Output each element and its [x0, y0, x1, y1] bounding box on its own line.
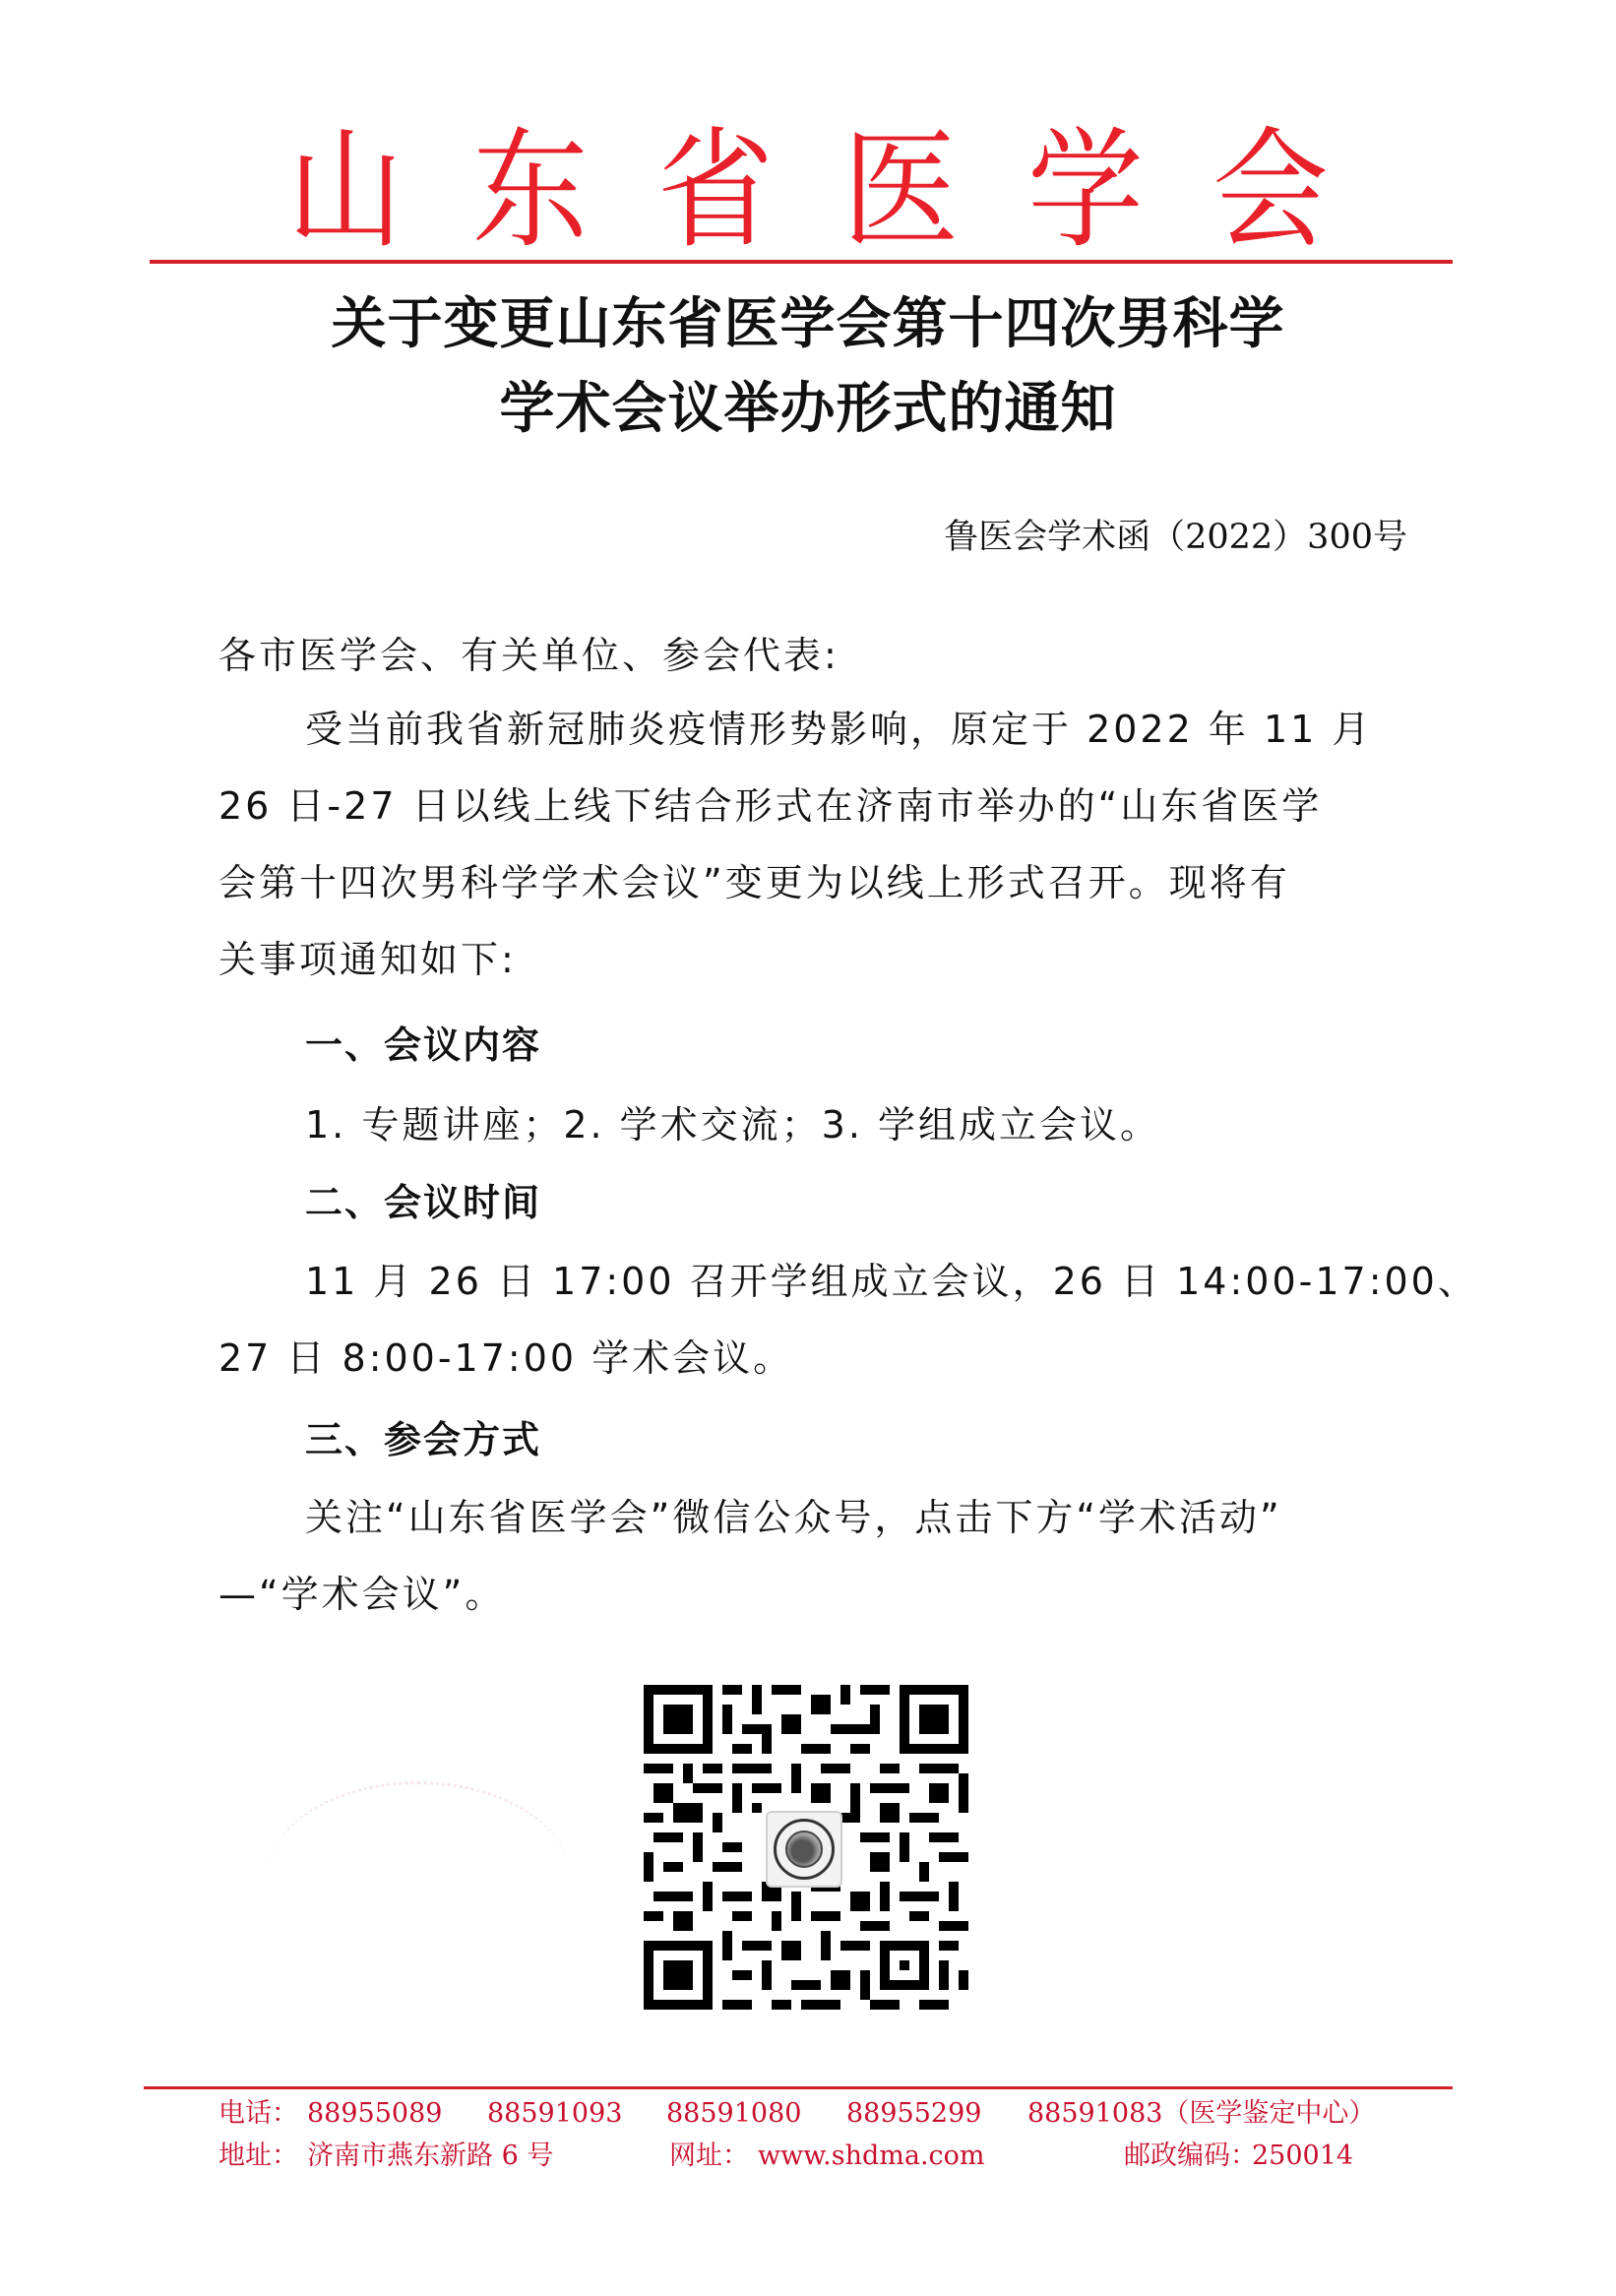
intro-line-1: 受当前我省新冠肺炎疫情形势影响，原定于 2022 年 11 月 [305, 711, 1496, 748]
section-attendance-line-1: 关注“山东省医学会”微信公众号，点击下方“学术活动” [305, 1499, 1496, 1536]
footer-website-label: 网址： [669, 2142, 749, 2169]
section-time-line-2: 27 日 8:00-17:00 学术会议。 [218, 1339, 1409, 1377]
document-title-line-1: 关于变更山东省医学会第十四次男科学 [0, 297, 1616, 352]
footer-postcode: 250014 [1252, 2142, 1353, 2169]
footer-divider [144, 2086, 1453, 2089]
intro-line-4: 关事项通知如下: [218, 941, 1409, 978]
footer-address: 济南市燕东新路 6 号 [307, 2142, 553, 2169]
footer-phone-4: 88955299 [846, 2100, 981, 2127]
intro-line-3: 会第十四次男科学学术会议”变更为以线上形式召开。现将有 [218, 864, 1409, 901]
section-heading-attendance: 三、参会方式 [305, 1421, 541, 1458]
footer-postcode-label: 邮政编码： [1124, 2142, 1257, 2169]
section-content-line-1: 1. 专题讲座；2. 学术交流；3. 学组成立会议。 [305, 1106, 1496, 1144]
header-divider [150, 260, 1453, 264]
footer-website: www.shdma.com [758, 2142, 985, 2169]
document-title-line-2: 学术会议举办形式的通知 [0, 382, 1616, 437]
qr-center-logo [766, 1811, 842, 1888]
wechat-qr-code [644, 1685, 968, 2010]
faded-stamp-remnant [266, 1781, 571, 1978]
footer-phone-2: 88591093 [487, 2100, 622, 2127]
document-reference-number: 鲁医会学术函（2022）300号 [944, 510, 1407, 559]
organization-name: 山东省医学会 [218, 125, 1398, 255]
salutation: 各市医学会、有关单位、参会代表: [218, 637, 1409, 674]
section-heading-content: 一、会议内容 [305, 1026, 541, 1064]
footer-phone-5: 88591083（医学鉴定中心） [1027, 2100, 1375, 2127]
section-heading-time: 二、会议时间 [305, 1184, 541, 1221]
medical-association-emblem-icon [774, 1819, 835, 1880]
footer-phone-3: 88591080 [666, 2100, 801, 2127]
footer-address-label: 地址： [218, 2142, 298, 2169]
intro-line-2: 26 日-27 日以线上线下结合形式在济南市举办的“山东省医学 [218, 787, 1409, 825]
section-time-line-1: 11 月 26 日 17:00 召开学组成立会议，26 日 14:00-17:0… [305, 1263, 1496, 1300]
footer-phone-label: 电话： [218, 2100, 298, 2127]
letterhead-masthead: 山东省医学会 [0, 126, 1616, 254]
footer-phone-1: 88955089 [307, 2100, 442, 2127]
section-attendance-line-2: —“学术会议”。 [218, 1576, 1409, 1613]
